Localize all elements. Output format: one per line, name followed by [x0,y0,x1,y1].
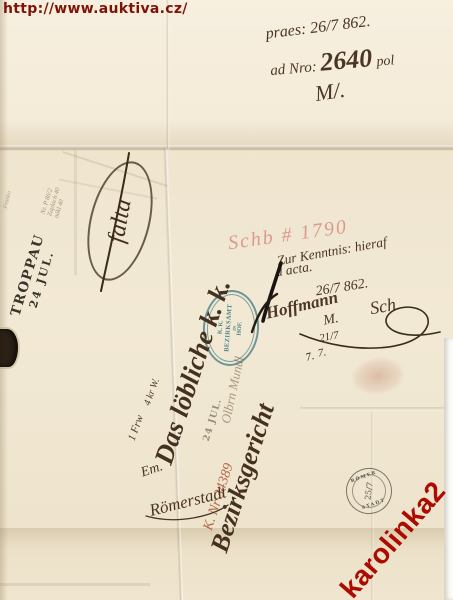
docket-ad-nro: ad Nro: 2640 pol [269,42,395,81]
fold-crease-left-short [74,150,77,275]
signature-monogram: M. [322,311,340,329]
docket-ad-nro-label: ad Nro: [270,59,318,79]
paper-hole [0,329,18,367]
pencil-edge-note: Franko [3,191,14,210]
address-small-note-2: 4 kr W. [142,377,162,407]
fold-crease-horizontal-main [0,145,453,151]
seven-mark: 7. [304,350,315,364]
pencil-notes: Nr. P 86/2 Zaplach 40 nákl 40 [40,185,69,219]
flourish-oval-signature: falta [76,155,164,288]
letter-scan: http://www.auktiva.cz/ praes: 26/7 862. … [0,0,453,600]
fold-crease-right-horizontal [300,407,453,411]
wax-seal-stain [350,355,407,398]
docket-monogram: M/. [313,78,346,107]
fold-crease-bottom-left [0,583,150,586]
docket-ad-nro-suffix: pol [376,53,395,70]
cds-postmark: RÖMER 25/7 STADT [340,462,399,521]
signature-sch: Sch [368,295,397,319]
scanner-background-strip [444,338,453,600]
bezirksamt-oval-line4: HOF. [237,321,245,335]
docket-ad-nro-number: 2640 [319,43,373,76]
signature-date: 21/7 [318,329,339,344]
fold-crease-vertical-top [166,0,170,150]
source-url-text: http://www.auktiva.cz/ [3,1,188,17]
kenntnis-line2: d acta. [275,260,314,280]
left-edge-shadow [0,0,8,600]
docket-praes: praes: 26/7 862. [265,13,372,43]
address-small-note-1: 1 Frw [126,413,146,442]
address-line-1: Das löbliche k. k. [149,276,237,468]
signature-frac: 7. [317,346,327,359]
flourish-oval-label: falta [103,197,137,245]
address-prefix-em: Em. [139,459,165,480]
troppau-postmark: TROPPAU 24 JUL. [8,232,61,322]
paper-panel-top [0,0,453,150]
